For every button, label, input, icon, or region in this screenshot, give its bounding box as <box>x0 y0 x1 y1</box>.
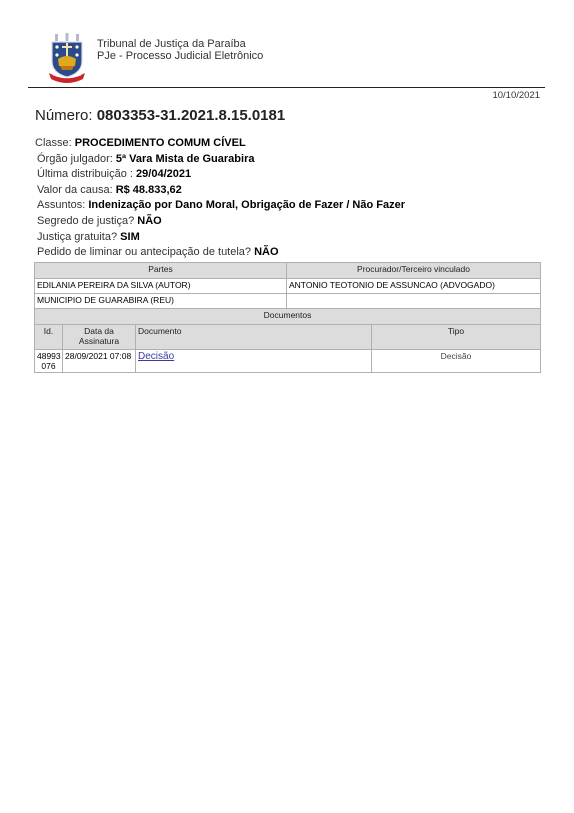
document-link[interactable]: Decisão <box>138 351 174 362</box>
org-line-1: Tribunal de Justiça da Paraíba <box>97 38 263 50</box>
partes-header: Partes <box>35 263 287 279</box>
field-assuntos: Assuntos: Indenização por Dano Moral, Ob… <box>35 198 405 214</box>
field-value: R$ 48.833,62 <box>116 184 182 196</box>
procurador-cell <box>287 294 541 309</box>
process-number-label: Número: <box>35 107 93 124</box>
header-line: Data da <box>65 326 133 336</box>
documentos-title-row: Documentos <box>35 309 541 325</box>
tipo-header: Tipo <box>372 325 541 350</box>
table-row: 48993 076 28/09/2021 07:08 Decisão Decis… <box>35 350 541 373</box>
procurador-cell: ANTONIO TEOTONIO DE ASSUNCAO (ADVOGADO) <box>287 279 541 294</box>
field-segredo-justica: Segredo de justiça? NÃO <box>35 214 405 230</box>
field-valor-causa: Valor da causa: R$ 48.833,62 <box>35 183 405 199</box>
field-value: SIM <box>120 231 140 243</box>
id-header: Id. <box>35 325 63 350</box>
field-value: NÃO <box>137 215 161 227</box>
organization-name: Tribunal de Justiça da Paraíba PJe - Pro… <box>97 38 263 62</box>
doc-id-line: 076 <box>37 361 60 371</box>
field-classe: Classe: PROCEDIMENTO COMUM CÍVEL <box>35 136 405 152</box>
field-label: Assuntos: <box>37 199 85 211</box>
data-assinatura-header: Data da Assinatura <box>63 325 136 350</box>
partes-table: Partes Procurador/Terceiro vinculado EDI… <box>34 262 541 309</box>
print-date: 10/10/2021 <box>492 90 540 101</box>
field-justica-gratuita: Justiça gratuita? SIM <box>35 230 405 246</box>
process-number: Número: 0803353-31.2021.8.15.0181 <box>35 107 285 124</box>
doc-id-cell: 48993 076 <box>35 350 63 373</box>
field-value: Indenização por Dano Moral, Obrigação de… <box>88 199 405 211</box>
parte-cell: EDILANIA PEREIRA DA SILVA (AUTOR) <box>35 279 287 294</box>
field-value: 5ª Vara Mista de Guarabira <box>116 153 255 165</box>
field-label: Pedido de liminar ou antecipação de tute… <box>37 246 251 258</box>
field-label: Justiça gratuita? <box>37 231 117 243</box>
doc-id-line: 48993 <box>37 351 60 361</box>
field-label: Segredo de justiça? <box>37 215 134 227</box>
table-row: EDILANIA PEREIRA DA SILVA (AUTOR) ANTONI… <box>35 279 541 294</box>
doc-name-cell: Decisão <box>136 350 372 373</box>
table-row: MUNICIPIO DE GUARABIRA (REU) <box>35 294 541 309</box>
documento-header: Documento <box>136 325 372 350</box>
doc-date-cell: 28/09/2021 07:08 <box>63 350 136 373</box>
documentos-title: Documentos <box>35 309 541 325</box>
field-ultima-distribuicao: Última distribuição : 29/04/2021 <box>35 167 405 183</box>
documentos-header-row: Id. Data da Assinatura Documento Tipo <box>35 325 541 350</box>
header-line: Assinatura <box>65 336 133 346</box>
partes-header-row: Partes Procurador/Terceiro vinculado <box>35 263 541 279</box>
org-line-2: PJe - Processo Judicial Eletrônico <box>97 50 263 62</box>
field-label: Classe: <box>35 137 72 149</box>
header-divider <box>28 87 545 88</box>
documentos-table: Documentos Id. Data da Assinatura Docume… <box>34 308 541 373</box>
process-number-value: 0803353-31.2021.8.15.0181 <box>97 107 286 124</box>
doc-type-cell: Decisão <box>372 350 541 373</box>
process-details: Classe: PROCEDIMENTO COMUM CÍVEL Órgão j… <box>35 136 405 261</box>
field-label: Órgão julgador: <box>37 153 113 165</box>
field-pedido-liminar: Pedido de liminar ou antecipação de tute… <box>35 245 405 261</box>
field-value: PROCEDIMENTO COMUM CÍVEL <box>75 137 246 149</box>
field-label: Última distribuição : <box>37 168 133 180</box>
parte-cell: MUNICIPIO DE GUARABIRA (REU) <box>35 294 287 309</box>
field-value: 29/04/2021 <box>136 168 191 180</box>
court-coat-of-arms-icon <box>47 33 87 85</box>
field-orgao-julgador: Órgão julgador: 5ª Vara Mista de Guarabi… <box>35 152 405 168</box>
field-value: NÃO <box>254 246 278 258</box>
procurador-header: Procurador/Terceiro vinculado <box>287 263 541 279</box>
field-label: Valor da causa: <box>37 184 113 196</box>
